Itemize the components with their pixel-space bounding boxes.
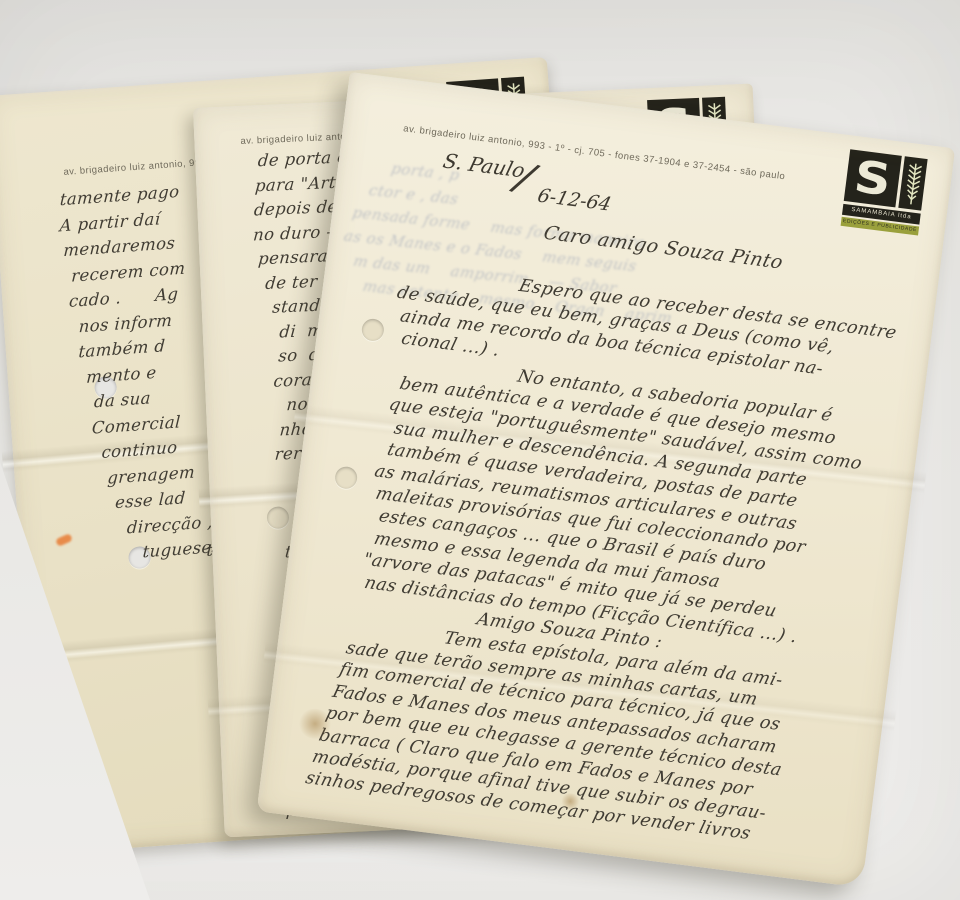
punch-hole — [266, 506, 289, 529]
fern-leaf-icon — [898, 156, 927, 210]
date-place: S. Paulo — [441, 149, 528, 183]
date-value: 6-12-64 — [535, 185, 613, 216]
letter-body: Espero que ao receber desta se encontred… — [335, 260, 899, 856]
publisher-logo: S SAMAMBAIA ltda EDIÇÕES E PUBLICIDAD — [841, 149, 928, 235]
logo-s-mark: S — [844, 149, 902, 207]
punch-hole — [361, 318, 386, 343]
letter-sheet-front: av. brigadeiro luiz antonio, 993 - 1º - … — [257, 72, 956, 888]
photo-of-three-letters: av. brigadeiro luiz antonio, 993 - 1º - … — [0, 0, 960, 900]
punch-hole — [334, 465, 359, 490]
